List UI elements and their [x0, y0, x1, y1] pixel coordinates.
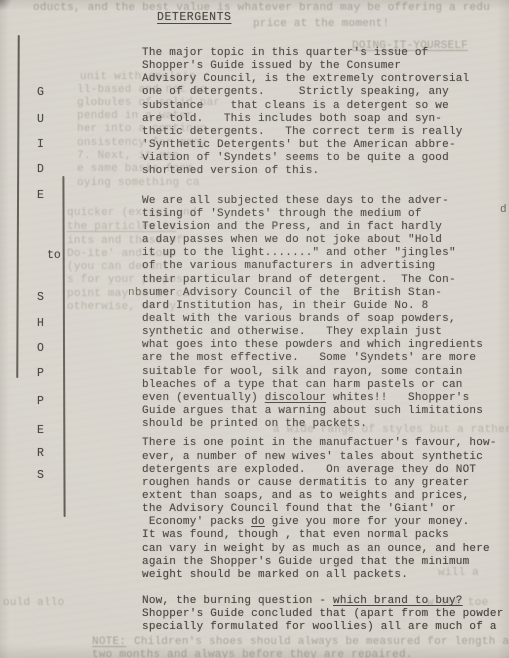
text-line: Shopper's Guide concluded that (apart fr…: [142, 608, 504, 621]
text-line: ever, a number of new wives' tales about…: [142, 451, 504, 464]
sidebar-letter: S: [37, 469, 44, 482]
text-line: it up to the light......." and other "ji…: [142, 247, 504, 260]
text-line: synthetic and otherwise. They explain ju…: [142, 326, 504, 339]
text-line: viation of 'Syndets' seems to be quite a…: [142, 152, 504, 165]
text-line: sumer Advisory Council of the British St…: [142, 287, 504, 300]
text-line: Shopper's Guide issued by the Consumer: [142, 60, 504, 73]
text-line: the Advisory Council found that the 'Gia…: [142, 503, 504, 516]
paragraph: There is one point in the manufactuer's …: [142, 437, 504, 582]
paragraph: Now, the burning question - which brand …: [142, 595, 504, 634]
text-line: dard Institution has, in their Guide No.…: [142, 300, 504, 313]
text-line: tising of 'Syndets' through the medium o…: [142, 208, 504, 221]
text-line: 'Synthetic Detergents' but the American …: [142, 139, 504, 152]
sidebar-letter: P: [37, 395, 44, 408]
sidebar-letter: U: [37, 113, 44, 126]
text-line: Television and the Press, and in fact ha…: [142, 221, 504, 234]
text-line: extent than soaps, and as to weights and…: [142, 490, 504, 503]
text-line: substance that cleans is a detergent so …: [142, 100, 504, 113]
text-line: can vary in weight by as much as an ounc…: [142, 543, 504, 556]
sidebar-letter: P: [37, 367, 44, 380]
text-line: specially formulated for woollies) all a…: [142, 621, 504, 634]
sidebar-letter: D: [37, 163, 44, 176]
text-line: It was found, though , that even normal …: [142, 529, 504, 542]
sidebar-letter: E: [37, 189, 44, 202]
sidebar-letter: S: [37, 291, 44, 304]
text-line: again the Shopper's Guide urged that the…: [142, 556, 504, 569]
sidebar-letter: G: [37, 86, 44, 99]
text-line: Guide argues that a warning about such l…: [142, 405, 504, 418]
text-line: The major topic in this quarter's issue …: [142, 47, 504, 60]
text-line: thetic detergents. The correct term is r…: [142, 126, 504, 139]
sidebar-letter: R: [37, 447, 44, 460]
text-line: bleaches of a type that can harm pastels…: [142, 379, 504, 392]
sidebar-letter: I: [37, 138, 44, 151]
text-line: weight should be marked on all packets.: [142, 569, 504, 582]
text-line: a day passes when we do not joke about "…: [142, 234, 504, 247]
text-line: roughen hands or cause dermatitis to any…: [142, 477, 504, 490]
text-line: should be printed on the packets.: [142, 418, 504, 431]
text-line: dealt with the various brands of soap po…: [142, 313, 504, 326]
article-body: The major topic in this quarter's issue …: [142, 47, 504, 635]
text-line: what goes into these powders and which i…: [142, 339, 504, 352]
text-line: one of detergents. Strictly speaking, an…: [142, 86, 504, 99]
text-line: detergents are exploded. On average they…: [142, 464, 504, 477]
page-title: DETERGENTS: [157, 11, 232, 24]
text-line: are the most effective. Some 'Syndets' a…: [142, 352, 504, 365]
text-line: Advisory Council, is the extremely contr…: [142, 73, 504, 86]
sidebar-letter: E: [37, 424, 44, 437]
text-line: even (eventually) discolour whites!! Sho…: [142, 392, 504, 405]
document-page: oducts, and the best value is whatever b…: [0, 0, 509, 658]
sidebar-letter: O: [37, 342, 44, 355]
text-line: suitable for wool, silk and rayon, some …: [142, 366, 504, 379]
text-line: are told. This includes both soap and sy…: [142, 113, 504, 126]
text-line: We are all subjected these days to the a…: [142, 195, 504, 208]
text-line: There is one point in the manufactuer's …: [142, 437, 504, 450]
paragraph: We are all subjected these days to the a…: [142, 195, 504, 432]
text-line: their particular brand of detergent. The…: [142, 274, 504, 287]
text-line: shortened version of this.: [142, 165, 504, 178]
text-line: of the various manufacturers in advertis…: [142, 260, 504, 273]
sidebar-letter: H: [37, 317, 44, 330]
paragraph: The major topic in this quarter's issue …: [142, 47, 504, 179]
text-line: Now, the burning question - which brand …: [142, 595, 504, 608]
sidebar-letter: to: [47, 249, 61, 262]
text-line: Economy' packs do give you more for your…: [142, 516, 504, 529]
